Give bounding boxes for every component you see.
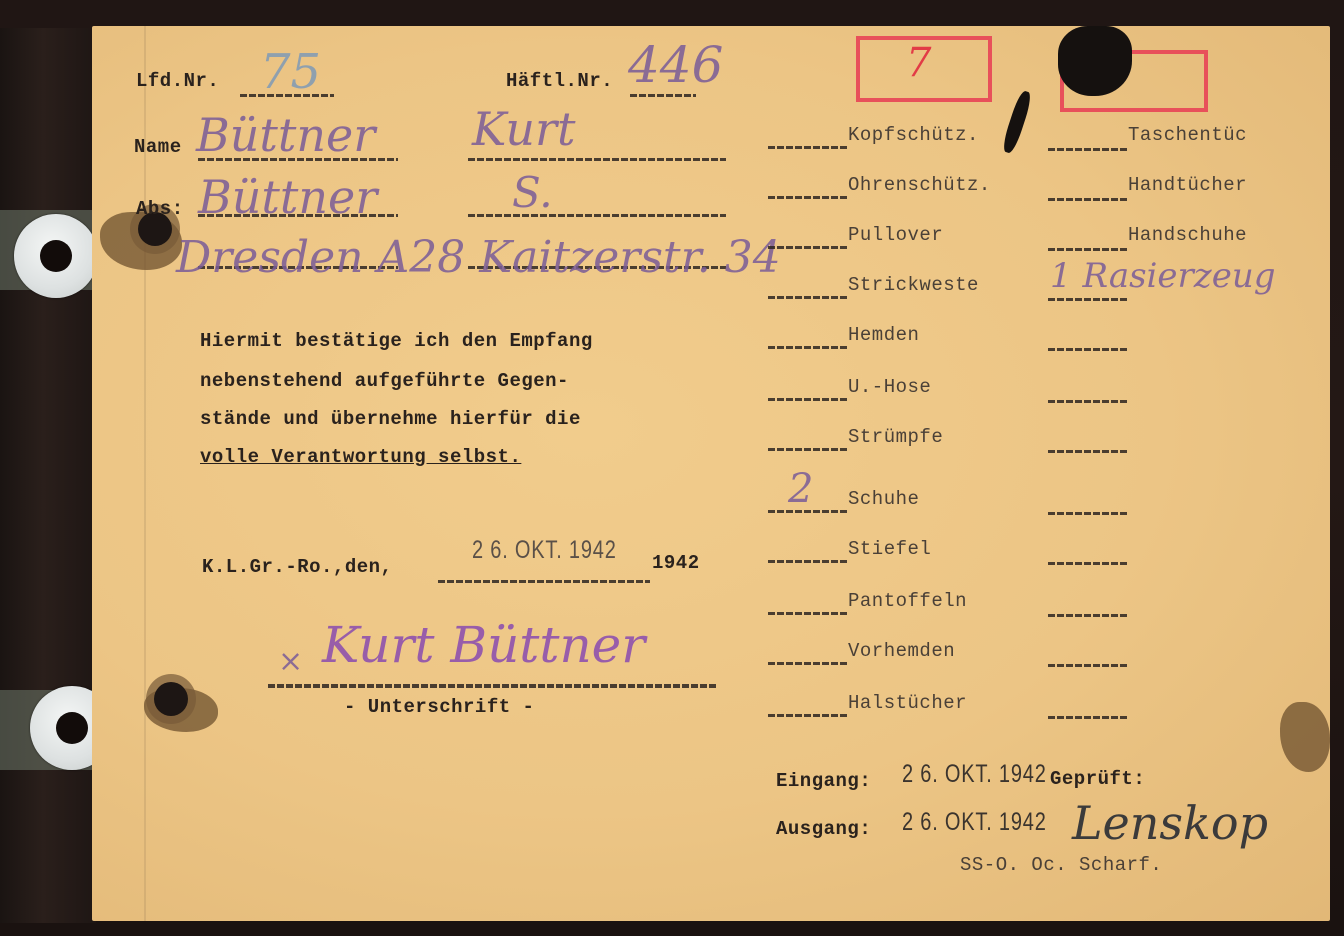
item-right-qty-line bbox=[1048, 198, 1128, 201]
ink-blot bbox=[1058, 26, 1132, 96]
abs-line-2 bbox=[468, 214, 726, 217]
item-label: Pantoffeln bbox=[848, 590, 967, 612]
abs-label: Abs: bbox=[136, 198, 184, 220]
item-qty-line bbox=[768, 296, 848, 299]
item-right-qty-line bbox=[1048, 348, 1128, 351]
item-right-qty: 1 Rasierzeug bbox=[1050, 256, 1275, 296]
signature-label: - Unterschrift - bbox=[344, 696, 534, 718]
grommet-top-icon bbox=[14, 214, 98, 298]
item-qty-line bbox=[768, 346, 848, 349]
item-right-qty-line bbox=[1048, 298, 1128, 301]
item-right-qty-line bbox=[1048, 512, 1128, 515]
stain-right bbox=[1280, 702, 1330, 772]
binder-strip bbox=[0, 28, 96, 923]
item-right-label: Handschuhe bbox=[1128, 224, 1247, 246]
sender-surname-handwritten: Büttner bbox=[198, 170, 377, 224]
item-label: Hemden bbox=[848, 324, 919, 346]
item-right-label: Handtücher bbox=[1128, 174, 1247, 196]
haeftl-nr-value: 446 bbox=[628, 36, 723, 94]
haeftl-nr-label: Häftl.Nr. bbox=[506, 70, 613, 92]
place-label: K.L.Gr.-Ro.,den, bbox=[202, 556, 392, 578]
item-qty-line bbox=[768, 560, 848, 563]
item-label: U.-Hose bbox=[848, 376, 931, 398]
item-qty-line bbox=[768, 246, 848, 249]
item-right-qty-line bbox=[1048, 148, 1128, 151]
geprueft-label: Geprüft: bbox=[1050, 768, 1145, 790]
item-qty-line bbox=[768, 448, 848, 451]
address-handwritten: Dresden A28 Kaitzerstr. 34 bbox=[176, 232, 781, 283]
declaration-line-4: volle Verantwortung selbst. bbox=[200, 446, 521, 468]
item-right-qty-line bbox=[1048, 400, 1128, 403]
item-label: Vorhemden bbox=[848, 640, 955, 662]
item-label: Schuhe bbox=[848, 488, 919, 510]
item-right-label: Taschentüc bbox=[1128, 124, 1247, 146]
signature-mark: × bbox=[278, 644, 303, 679]
item-right-qty-line bbox=[1048, 562, 1128, 565]
item-label: Halstücher bbox=[848, 692, 967, 714]
signature-line bbox=[268, 684, 716, 688]
year-suffix: 1942 bbox=[652, 552, 700, 574]
item-label: Kopfschütz. bbox=[848, 124, 979, 146]
ausgang-label: Ausgang: bbox=[776, 818, 871, 840]
eingang-label: Eingang: bbox=[776, 770, 871, 792]
item-qty-line bbox=[768, 714, 848, 717]
item-qty-line bbox=[768, 662, 848, 665]
declaration-line-2: nebenstehend aufgeführte Gegen- bbox=[200, 370, 569, 392]
item-qty: 2 bbox=[788, 466, 813, 512]
item-qty-line bbox=[768, 398, 848, 401]
given-name-handwritten: Kurt bbox=[472, 102, 575, 156]
item-right-qty-line bbox=[1048, 248, 1128, 251]
eingang-date-stamp: 2 6. OKT. 1942 bbox=[902, 760, 1047, 789]
date-stamp: 2 6. OKT. 1942 bbox=[472, 536, 617, 565]
surname-handwritten: Büttner bbox=[196, 108, 375, 162]
document-card: Lfd.Nr. 75 Häftl.Nr. 446 Name Büttner Ku… bbox=[92, 26, 1330, 921]
name-line-2 bbox=[468, 158, 726, 161]
rank-label: SS-O. Oc. Scharf. bbox=[960, 854, 1162, 876]
sender-initial-handwritten: S. bbox=[512, 168, 553, 217]
red-stamp-number: 7 bbox=[906, 40, 931, 86]
checker-signature: Lenskop bbox=[1072, 796, 1268, 850]
item-right-qty-line bbox=[1048, 664, 1128, 667]
item-label: Strümpfe bbox=[848, 426, 943, 448]
ausgang-date-stamp: 2 6. OKT. 1942 bbox=[902, 808, 1047, 837]
haeftl-nr-line bbox=[630, 94, 696, 97]
item-label: Ohrenschütz. bbox=[848, 174, 991, 196]
declaration-line-3: stände und übernehme hierfür die bbox=[200, 408, 581, 430]
date-line bbox=[438, 580, 650, 583]
ink-streak bbox=[1000, 89, 1033, 154]
item-right-qty-line bbox=[1048, 614, 1128, 617]
item-label: Pullover bbox=[848, 224, 943, 246]
item-qty-line bbox=[768, 196, 848, 199]
lfd-nr-value: 75 bbox=[260, 44, 321, 100]
signature-handwritten: Kurt Büttner bbox=[322, 616, 645, 674]
punch-hole-bottom bbox=[154, 682, 188, 716]
item-qty-line bbox=[768, 146, 848, 149]
item-label: Stiefel bbox=[848, 538, 931, 560]
declaration-line-1: Hiermit bestätige ich den Empfang bbox=[200, 330, 593, 352]
item-right-qty-line bbox=[1048, 450, 1128, 453]
item-label: Strickweste bbox=[848, 274, 979, 296]
item-right-qty-line bbox=[1048, 716, 1128, 719]
item-qty-line bbox=[768, 612, 848, 615]
name-label: Name bbox=[134, 136, 182, 158]
lfd-nr-label: Lfd.Nr. bbox=[136, 70, 219, 92]
